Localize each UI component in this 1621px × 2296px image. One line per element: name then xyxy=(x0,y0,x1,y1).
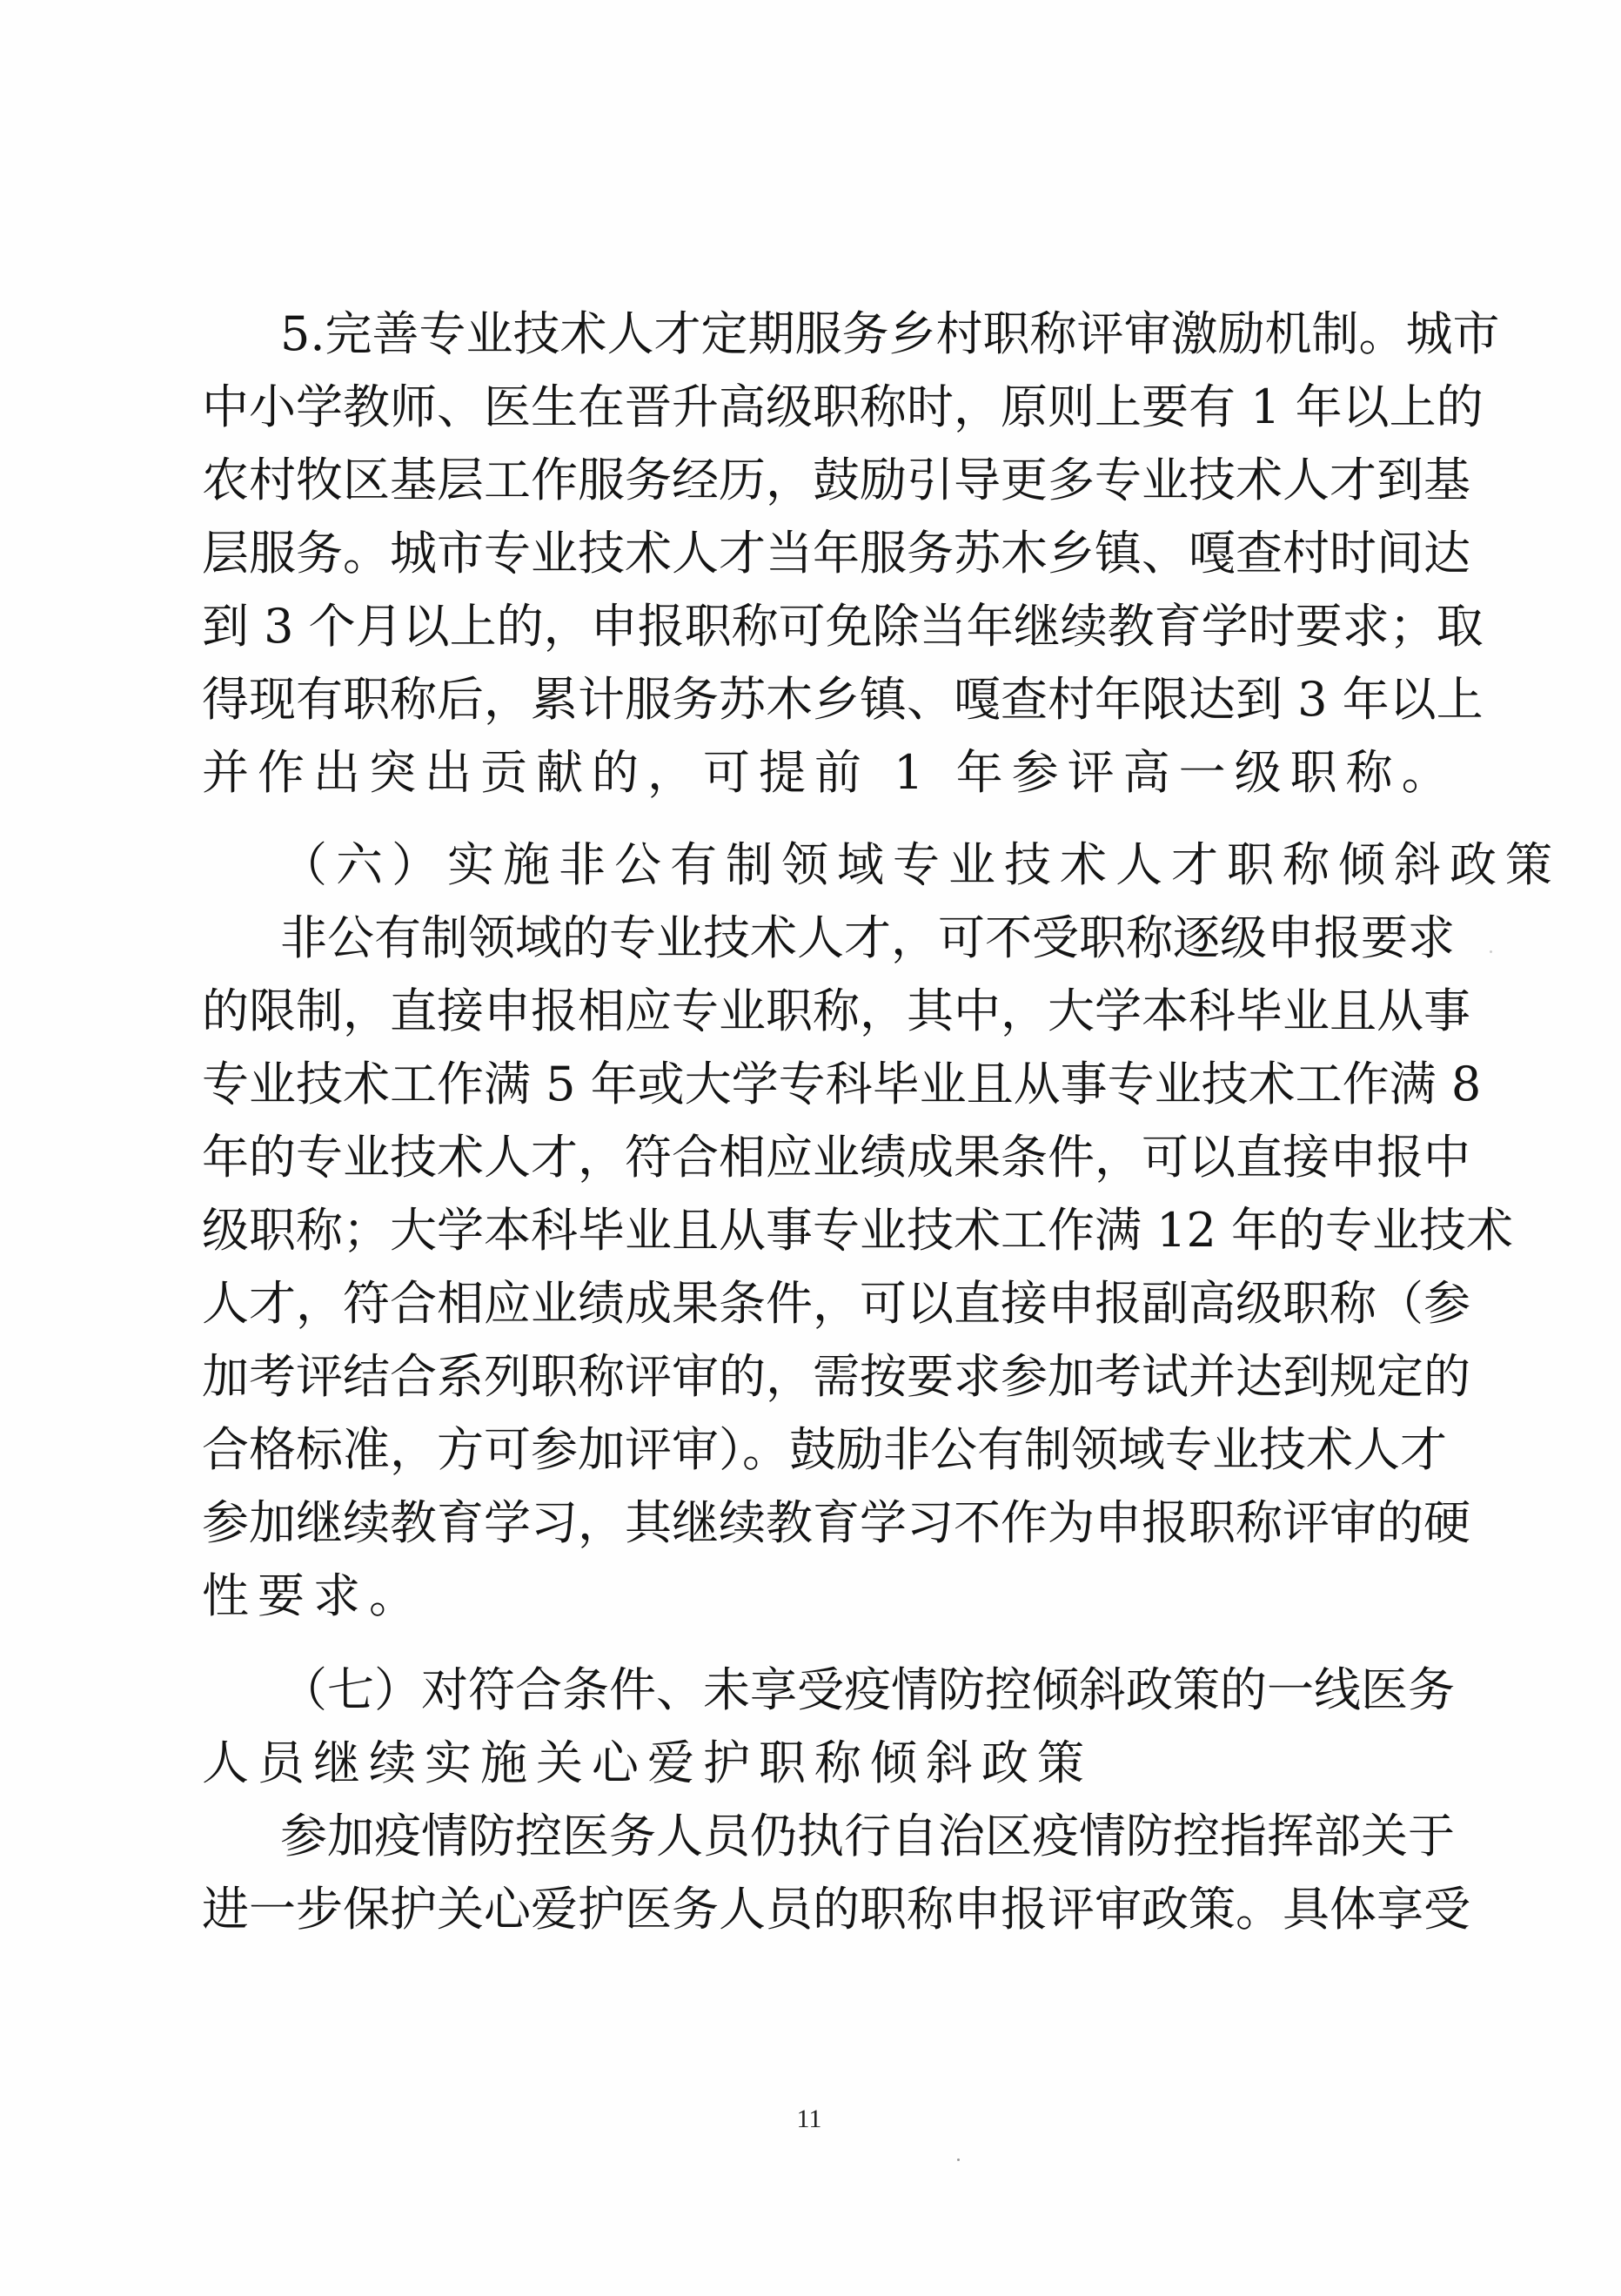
section-6-para-line-3: 专业技术工作满 5 年或大学专科毕业且从事专业技术工作满 8 xyxy=(202,1057,1394,1112)
paragraph-5-line-4: 层服务。城市专业技术人才当年服务苏木乡镇、嘎查村时间达 xyxy=(202,526,1394,581)
paragraph-5-line-1: 5.完善专业技术人才定期服务乡村职称评审激励机制。城市 xyxy=(280,306,1394,362)
section-6-heading: （六）实施非公有制领域专业技术人才职称倾斜政策 xyxy=(280,837,1394,893)
section-6-para-line-5: 级职称；大学本科毕业且从事专业技术工作满 12 年的专业技术 xyxy=(202,1203,1394,1259)
section-7-para-line-2: 进一步保护关心爱护医务人员的职称申报评审政策。具体享受 xyxy=(202,1882,1394,1937)
section-6-para-line-6: 人才，符合相应业绩成果条件，可以直接申报副高级职称（参 xyxy=(202,1276,1394,1332)
section-6-para-line-2: 的限制，直接申报相应专业职称，其中，大学本科毕业且从事 xyxy=(202,984,1394,1039)
section-6-para-line-7: 加考评结合系列职称评审的，需按要求参加考试并达到规定的 xyxy=(202,1349,1394,1405)
section-6-para-line-9: 参加继续教育学习，其继续教育学习不作为申报职称评审的硬 xyxy=(202,1495,1394,1551)
scan-speck xyxy=(1490,950,1492,953)
section-6-para-line-4: 年的专业技术人才，符合相应业绩成果条件，可以直接申报中 xyxy=(202,1130,1394,1185)
page-number: 11 xyxy=(783,2105,835,2134)
paragraph-5-line-2: 中小学教师、医生在晋升高级职称时，原则上要有 1 年以上的 xyxy=(202,379,1394,435)
paragraph-5-line-3: 农村牧区基层工作服务经历，鼓励引导更多专业技术人才到基 xyxy=(202,453,1394,508)
paragraph-5-line-7: 并作出突出贡献的，可提前 1 年参评高一级职称。 xyxy=(202,745,1394,801)
section-6-para-line-1: 非公有制领域的专业技术人才，可不受职称逐级申报要求 xyxy=(280,910,1394,966)
section-6-para-line-8: 合格标准，方可参加评审）。鼓励非公有制领域专业技术人才 xyxy=(202,1422,1394,1478)
section-7-heading-line-1: （七）对符合条件、未享受疫情防控倾斜政策的一线医务 xyxy=(280,1662,1394,1718)
paragraph-5-line-5: 到 3 个月以上的，申报职称可免除当年继续教育学时要求；取 xyxy=(202,599,1394,655)
section-6-para-line-10: 性要求。 xyxy=(202,1568,1394,1624)
scan-speck xyxy=(957,2158,960,2161)
document-page: 5.完善专业技术人才定期服务乡村职称评审激励机制。城市 中小学教师、医生在晋升高… xyxy=(0,0,1621,2296)
section-7-para-line-1: 参加疫情防控医务人员仍执行自治区疫情防控指挥部关于 xyxy=(280,1809,1394,1864)
paragraph-5-line-6: 得现有职称后，累计服务苏木乡镇、嘎查村年限达到 3 年以上 xyxy=(202,672,1394,728)
section-7-heading-line-2: 人员继续实施关心爱护职称倾斜政策 xyxy=(202,1735,1394,1791)
